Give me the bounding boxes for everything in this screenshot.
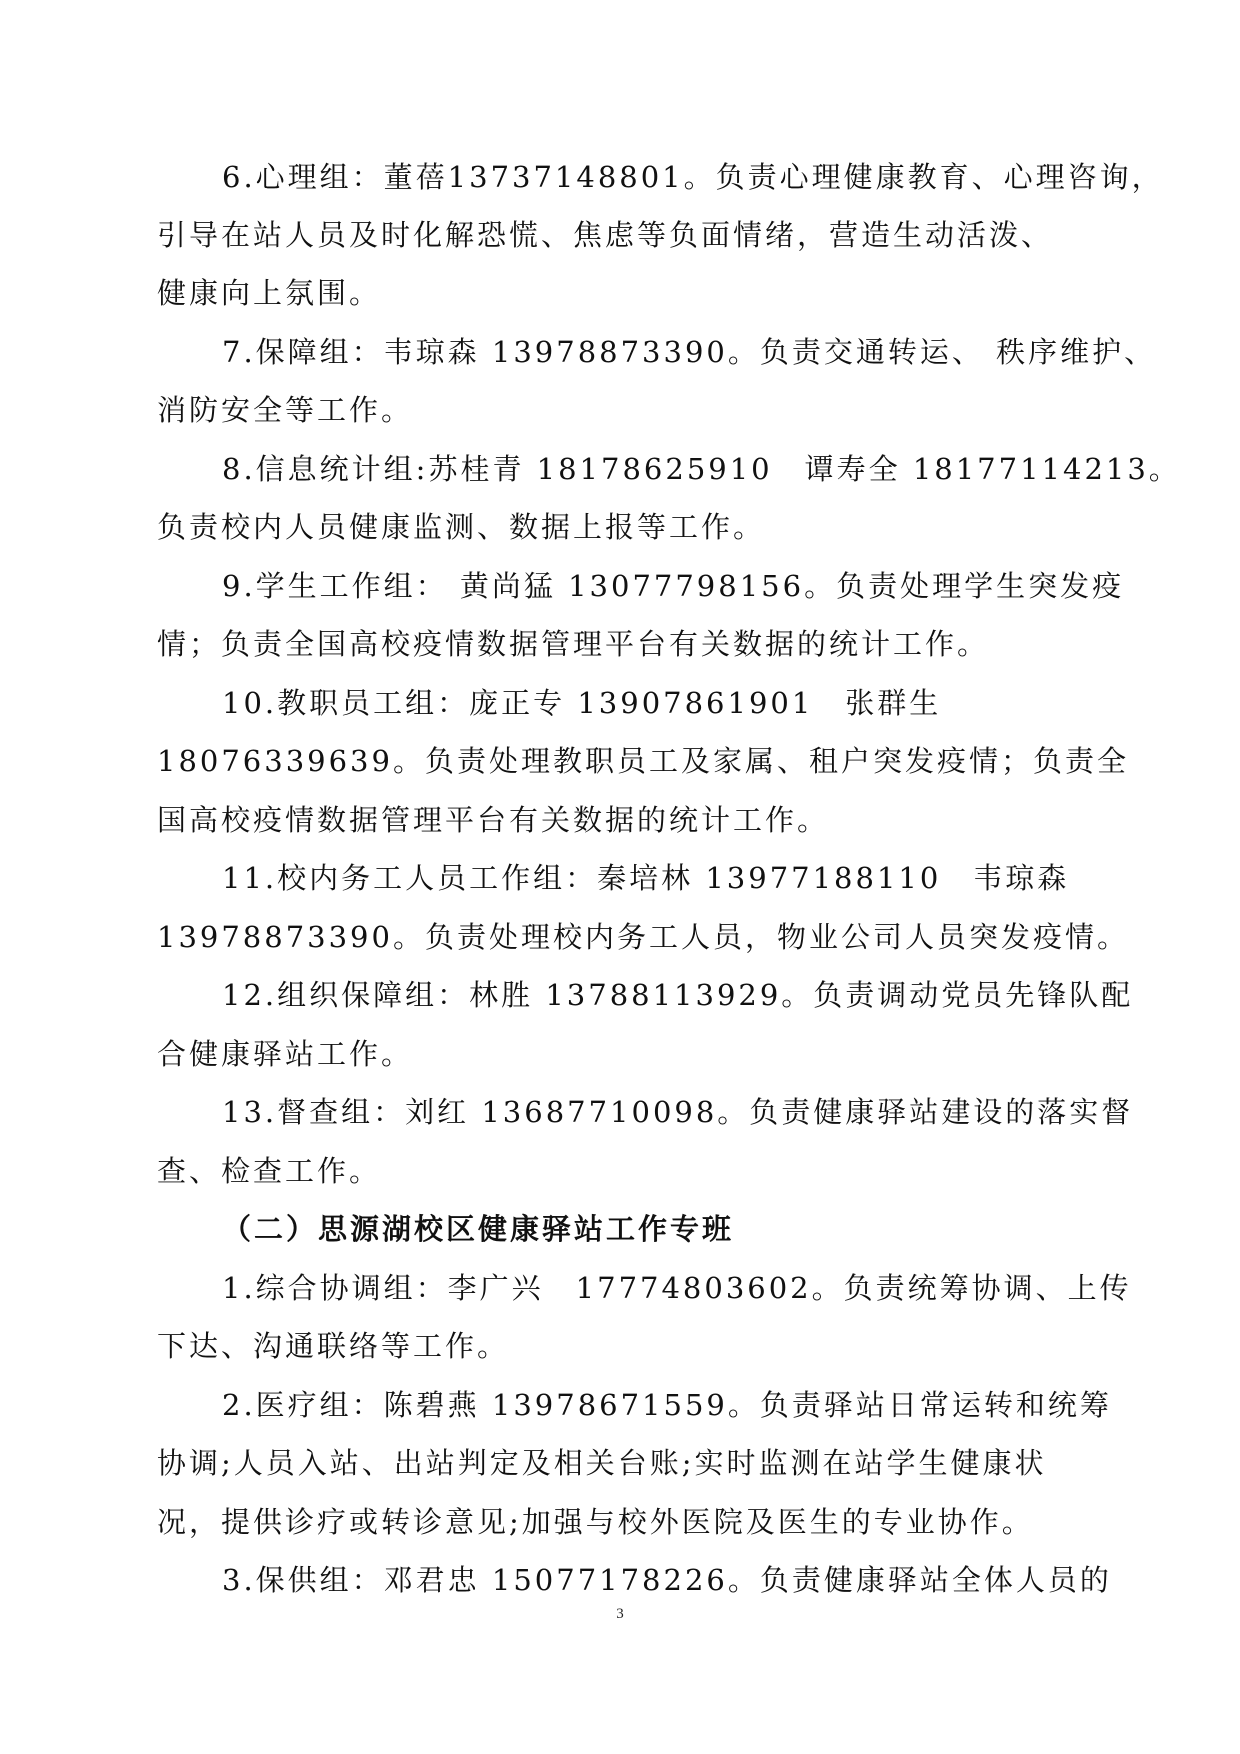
- text-line: 18076339639。负责处理教职员工及家属、租户突发疫情；负责全: [157, 741, 1087, 781]
- text-line-organization-group: 12.组织保障组：林胜 13788113929。负责调动党员先锋队配: [222, 975, 1087, 1015]
- text-line: 负责校内人员健康监测、数据上报等工作。: [157, 507, 1087, 547]
- text-line: 消防安全等工作。: [157, 390, 1087, 430]
- text-line: 情；负责全国高校疫情数据管理平台有关数据的统计工作。: [157, 624, 1087, 664]
- text-line-info-stats-group: 8.信息统计组:苏桂青 18178625910 谭寿全 18177114213。: [222, 449, 1087, 489]
- text-line: 查、检查工作。: [157, 1151, 1087, 1191]
- document-page: 6.心理组：董蓓13737148801。负责心理健康教育、心理咨询， 引导在站人…: [0, 0, 1240, 1754]
- text-line: 下达、沟通联络等工作。: [157, 1326, 1087, 1366]
- text-line: 合健康驿站工作。: [157, 1034, 1087, 1074]
- text-line-staff-group: 10.教职员工组：庞正专 13907861901 张群生: [222, 683, 1087, 723]
- text-line-coordination-group: 1.综合协调组：李广兴 17774803602。负责统筹协调、上传: [222, 1268, 1087, 1308]
- text-line: 况，提供诊疗或转诊意见;加强与校外医院及医生的专业协作。: [157, 1502, 1087, 1542]
- text-line: 引导在站人员及时化解恐慌、焦虑等负面情绪，营造生动活泼、: [157, 215, 1087, 255]
- text-line-student-work-group: 9.学生工作组： 黄尚猛 13077798156。负责处理学生突发疫: [222, 566, 1087, 606]
- text-line-medical-group: 2.医疗组：陈碧燕 13978671559。负责驿站日常运转和统筹: [222, 1385, 1087, 1425]
- page-number: 3: [600, 1606, 640, 1623]
- text-line: 健康向上氛围。: [157, 273, 1087, 313]
- text-line: 13978873390。负责处理校内务工人员，物业公司人员突发疫情。: [157, 917, 1087, 957]
- text-line-supply-group: 3.保供组：邓君忠 15077178226。负责健康驿站全体人员的: [222, 1560, 1087, 1600]
- text-line-supervision-group: 13.督查组：刘红 13687710098。负责健康驿站建设的落实督: [222, 1092, 1087, 1132]
- text-line-security-group: 7.保障组：韦琼森 13978873390。负责交通转运、 秩序维护、: [222, 332, 1087, 372]
- text-line: 协调;人员入站、出站判定及相关台账;实时监测在站学生健康状: [157, 1443, 1087, 1483]
- text-line-psychology-group: 6.心理组：董蓓13737148801。负责心理健康教育、心理咨询，: [222, 157, 1087, 197]
- text-line-contract-workers-group: 11.校内务工人员工作组：秦培林 13977188110 韦琼森: [222, 858, 1087, 898]
- section-heading: （二）思源湖校区健康驿站工作专班: [222, 1209, 1087, 1249]
- text-line: 国高校疫情数据管理平台有关数据的统计工作。: [157, 800, 1087, 840]
